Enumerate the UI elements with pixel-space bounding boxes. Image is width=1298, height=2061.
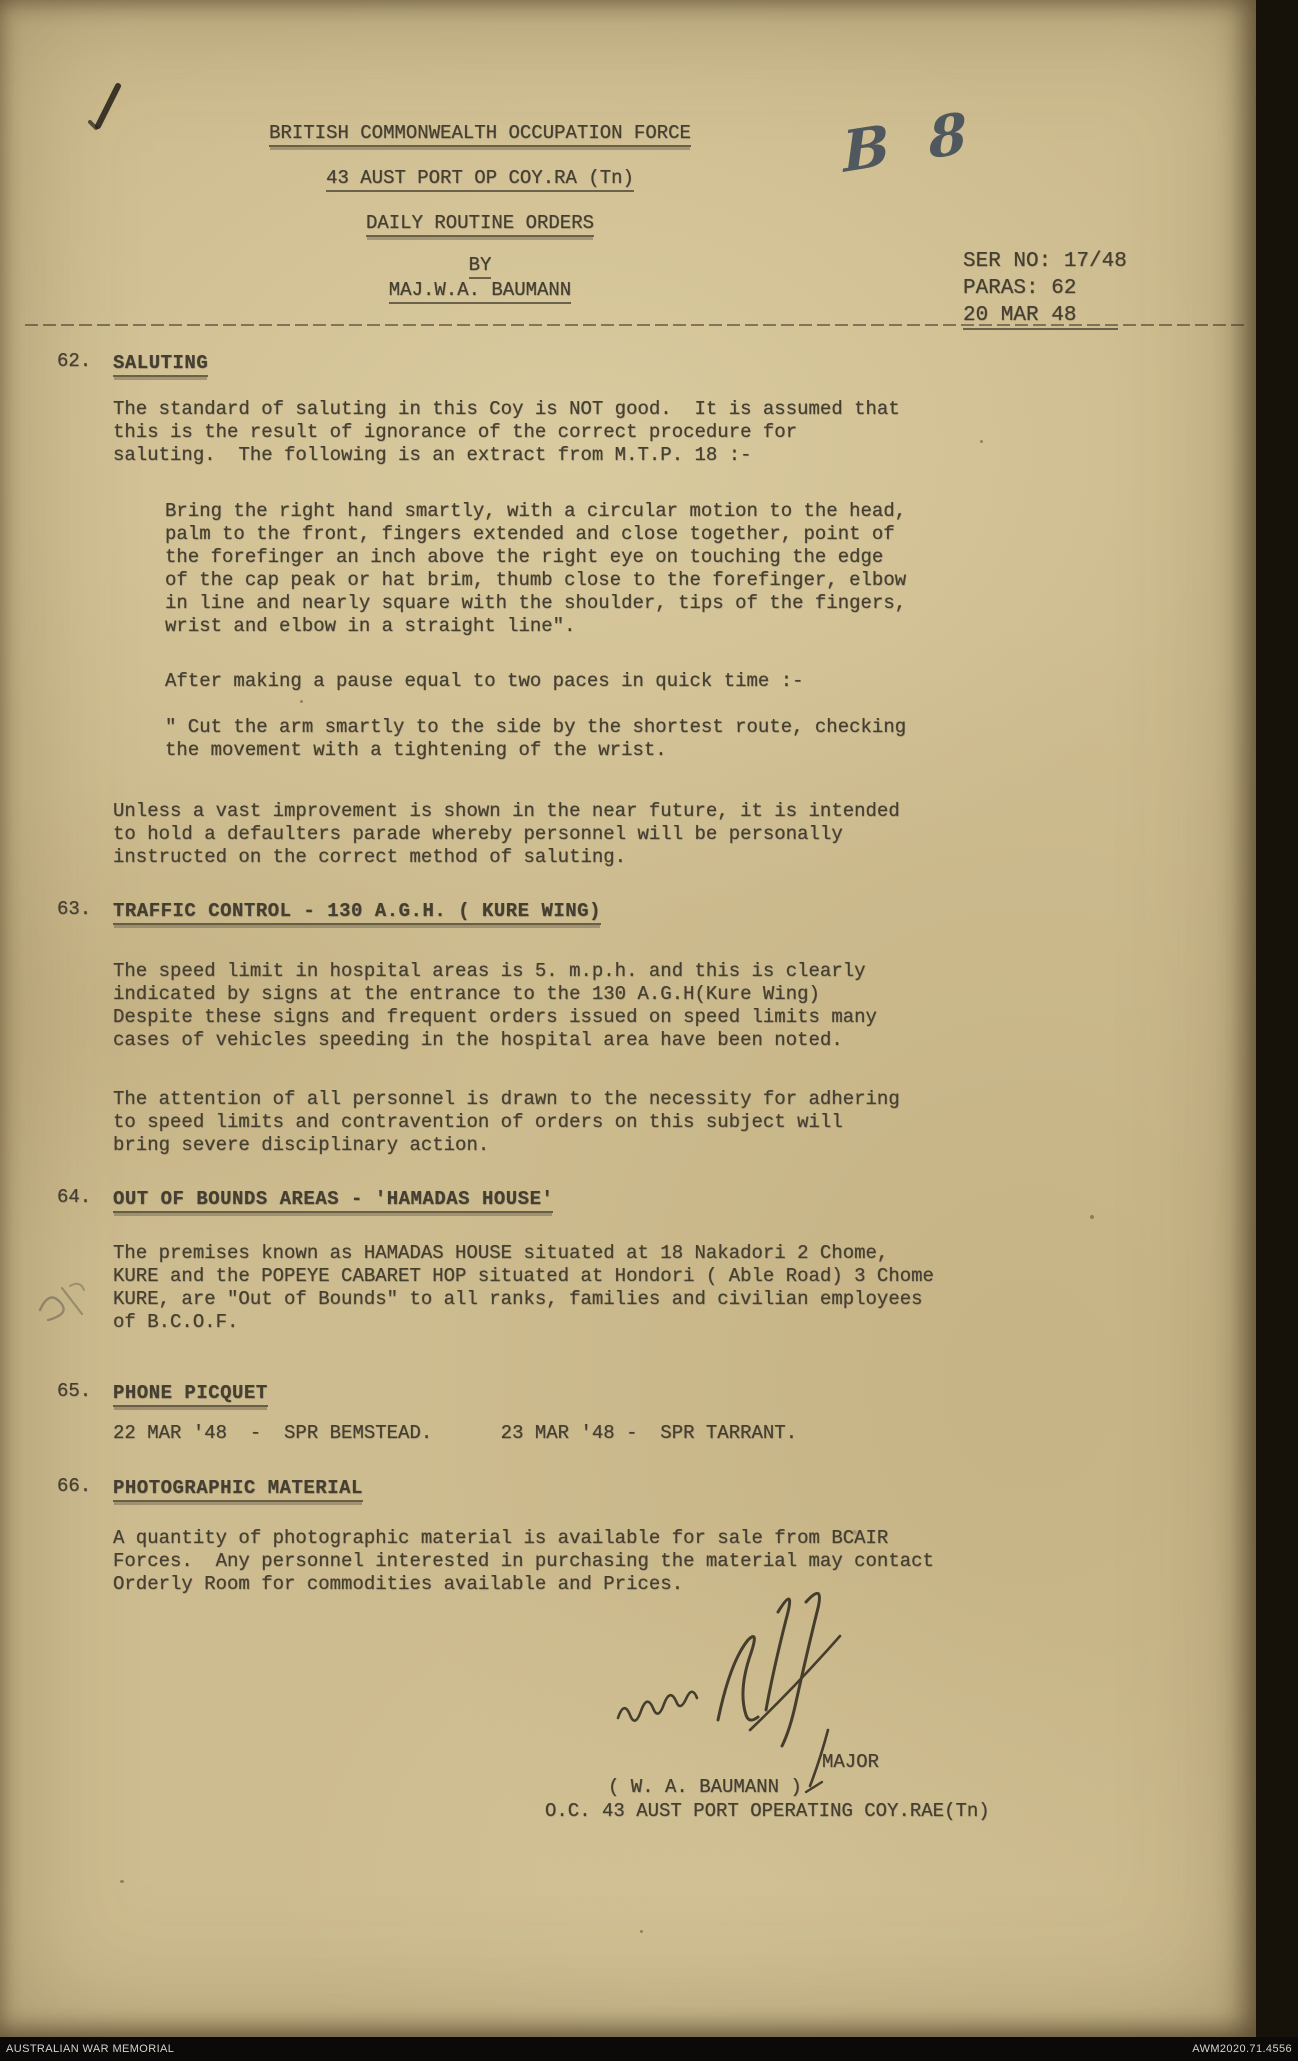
header-by-text: BY (469, 254, 492, 279)
archive-reference: AWM2020.71.4556 (1192, 2043, 1292, 2055)
section-heading-text: TRAFFIC CONTROL - 130 A.G.H. ( KURE WING… (113, 900, 601, 925)
header-divider-rule (25, 324, 1247, 326)
quote-paragraph: Bring the right hand smartly, with a cir… (165, 500, 1017, 638)
section-number: 62. (57, 350, 91, 373)
paper-speck (852, 1530, 857, 1535)
section-65-phone-picquet: 65. PHONE PICQUET 22 MAR '48 - SPR BEMST… (57, 1380, 1017, 1445)
paragraph: The standard of saluting in this Coy is … (113, 398, 1017, 467)
paragraph: The attention of all personnel is drawn … (113, 1088, 1017, 1157)
signatory-name: ( W. A. BAUMANN ) (608, 1776, 802, 1799)
paras-count: PARAS: 62 (963, 276, 1076, 302)
header-officer-text: MAJ.W.A. BAUMANN (389, 279, 571, 304)
header-by-line: BY (130, 254, 830, 277)
section-heading: PHONE PICQUET (113, 1380, 1017, 1406)
archive-footer-bar: AUSTRALIAN WAR MEMORIAL AWM2020.71.4556 (0, 2037, 1298, 2061)
section-62-saluting: 62. SALUTING The standard of saluting in… (57, 350, 1017, 869)
section-heading-text: OUT OF BOUNDS AREAS - 'HAMADAS HOUSE' (113, 1188, 553, 1213)
section-heading-text: PHONE PICQUET (113, 1382, 268, 1407)
header-force-line: BRITISH COMMONWEALTH OCCUPATION FORCE (130, 122, 830, 145)
paper-speck (120, 1880, 124, 1883)
section-heading: SALUTING (113, 350, 1017, 376)
section-63-traffic-control: 63. TRAFFIC CONTROL - 130 A.G.H. ( KURE … (57, 898, 1017, 1157)
scan-edge (1256, 0, 1298, 2037)
header-force-text: BRITISH COMMONWEALTH OCCUPATION FORCE (269, 122, 691, 147)
handwritten-annotation: B 8 (841, 96, 993, 186)
paper-speck (980, 440, 983, 443)
scanned-document-page: BRITISH COMMONWEALTH OCCUPATION FORCE 43… (0, 0, 1256, 2037)
header-unit-line: 43 AUST PORT OP COY.RA (Tn) (130, 167, 830, 190)
header-title-line: DAILY ROUTINE ORDERS (130, 212, 830, 235)
order-date-text: 20 MAR 48 (963, 304, 1118, 330)
section-heading-text: PHOTOGRAPHIC MATERIAL (113, 1477, 363, 1502)
section-heading: OUT OF BOUNDS AREAS - 'HAMADAS HOUSE' (113, 1186, 1017, 1212)
paragraph: The speed limit in hospital areas is 5. … (113, 960, 1017, 1052)
section-number: 63. (57, 898, 91, 921)
signatory-appointment: O.C. 43 AUST PORT OPERATING COY.RAE(Tn) (545, 1800, 990, 1823)
section-number: 64. (57, 1186, 91, 1209)
quote-paragraph: " Cut the arm smartly to the side by the… (165, 716, 1017, 762)
paper-speck (300, 700, 303, 703)
paper-speck (1090, 1215, 1094, 1219)
paragraph: Unless a vast improvement is shown in th… (113, 800, 1017, 869)
paper-speck (640, 1930, 643, 1933)
section-heading-text: SALUTING (113, 352, 208, 377)
header-unit-text: 43 AUST PORT OP COY.RA (Tn) (326, 167, 634, 192)
header-title-text: DAILY ROUTINE ORDERS (366, 212, 594, 237)
section-heading: PHOTOGRAPHIC MATERIAL (113, 1475, 1017, 1501)
ink-mark (84, 82, 136, 138)
paragraph: 22 MAR '48 - SPR BEMSTEAD. 23 MAR '48 - … (113, 1422, 1017, 1445)
section-64-out-of-bounds: 64. OUT OF BOUNDS AREAS - 'HAMADAS HOUSE… (57, 1186, 1017, 1334)
serial-number: SER NO: 17/48 (963, 249, 1127, 275)
section-heading: TRAFFIC CONTROL - 130 A.G.H. ( KURE WING… (113, 898, 1017, 924)
signatory-rank: MAJOR (822, 1751, 879, 1774)
section-number: 66. (57, 1475, 91, 1498)
header-officer-line: MAJ.W.A. BAUMANN (130, 279, 830, 302)
pencil-scribble (36, 1278, 92, 1328)
section-number: 65. (57, 1380, 91, 1403)
paragraph: The premises known as HAMADAS HOUSE situ… (113, 1242, 1017, 1334)
archive-name: AUSTRALIAN WAR MEMORIAL (6, 2043, 174, 2055)
quote-paragraph: After making a pause equal to two paces … (165, 670, 1017, 693)
